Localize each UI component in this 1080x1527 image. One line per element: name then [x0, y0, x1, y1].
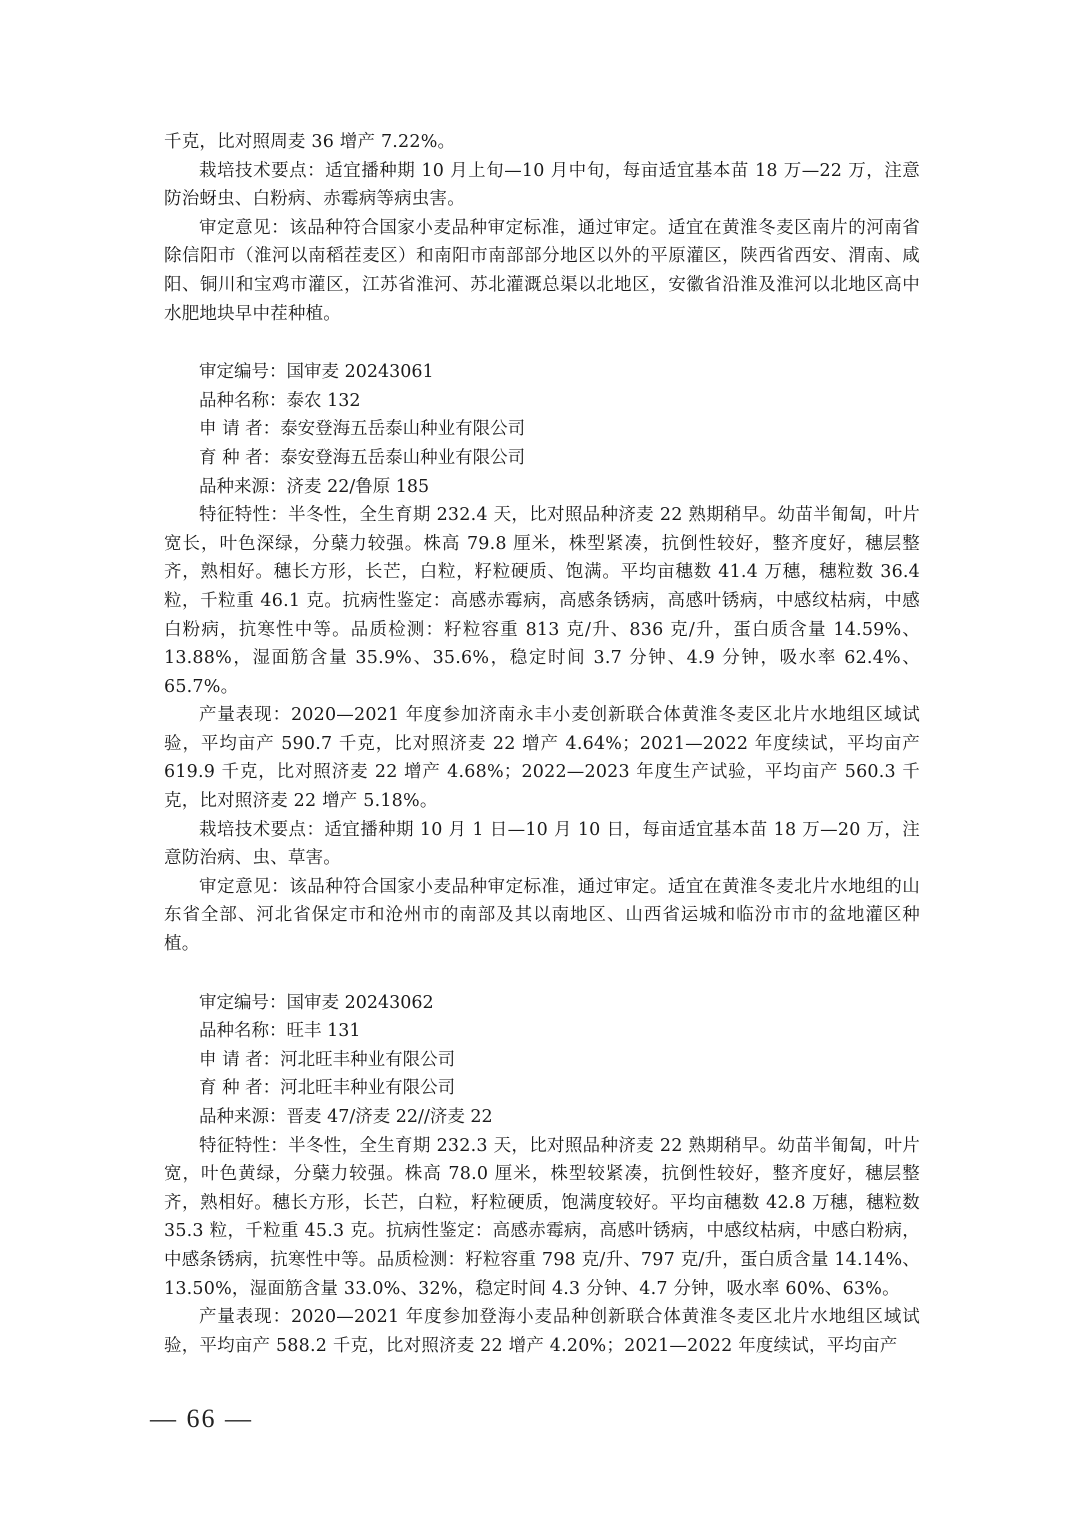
value: 国审麦 20243062	[287, 993, 434, 1013]
separator: ：	[269, 993, 287, 1013]
applicant: 申 请 者：河北旺丰种业有限公司	[164, 1046, 920, 1075]
text: 半冬性，全生育期 232.3 天，比对照品种济麦 22 熟期稍早。幼苗半匍匐，叶…	[164, 1136, 920, 1299]
value: 晋麦 47/济麦 22//济麦 22	[287, 1107, 493, 1127]
label: 特征特性	[199, 505, 270, 525]
separator: ：	[273, 705, 291, 725]
value: 国审麦 20243061	[287, 362, 434, 382]
value: 泰农 132	[287, 391, 361, 411]
variety-name: 品种名称：旺丰 131	[164, 1017, 920, 1046]
document-page: 千克，比对照周麦 36 增产 7.22%。 栽培技术要点：适宜播种期 10 月上…	[164, 128, 920, 1360]
variety-origin: 品种来源：济麦 22/鲁原 185	[164, 473, 920, 502]
continuation-opinion: 审定意见：该品种符合国家小麦品种审定标准，通过审定。适宜在黄淮冬麦区南片的河南省…	[164, 214, 920, 328]
label: 审定意见	[199, 218, 271, 238]
variety-origin: 品种来源：晋麦 47/济麦 22//济麦 22	[164, 1103, 920, 1132]
traits-paragraph: 特征特性：半冬性，全生育期 232.4 天，比对照品种济麦 22 熟期稍早。幼苗…	[164, 501, 920, 701]
opinion-paragraph: 审定意见：该品种符合国家小麦品种审定标准，通过审定。适宜在黄淮冬麦北片水地组的山…	[164, 873, 920, 959]
separator: ：	[306, 820, 324, 840]
traits-paragraph: 特征特性：半冬性，全生育期 232.3 天，比对照品种济麦 22 熟期稍早。幼苗…	[164, 1132, 920, 1304]
value: 济麦 22/鲁原 185	[287, 477, 430, 497]
separator: ：	[269, 391, 287, 411]
breeder: 育 种 者：泰安登海五岳泰山种业有限公司	[164, 444, 920, 473]
cultivation-paragraph: 栽培技术要点：适宜播种期 10 月 1 日—10 月 10 日，每亩适宜基本苗 …	[164, 816, 920, 873]
value: 泰安登海五岳泰山种业有限公司	[280, 448, 525, 468]
variety-entry-tainong-132: 审定编号：国审麦 20243061 品种名称：泰农 132 申 请 者：泰安登海…	[164, 358, 920, 958]
approval-number: 审定编号：国审麦 20243062	[164, 989, 920, 1018]
separator: ：	[263, 419, 281, 439]
variety-entry-wangfeng-131: 审定编号：国审麦 20243062 品种名称：旺丰 131 申 请 者：河北旺丰…	[164, 989, 920, 1361]
separator: ：	[263, 1050, 281, 1070]
label: 品种来源	[199, 1107, 269, 1127]
separator: ：	[271, 877, 289, 897]
label: 品种名称	[199, 391, 269, 411]
label: 申 请 者	[199, 419, 263, 439]
label: 育 种 者	[199, 1078, 263, 1098]
applicant: 申 请 者：泰安登海五岳泰山种业有限公司	[164, 415, 920, 444]
separator: ：	[270, 505, 288, 525]
label: 产量表现	[199, 1307, 273, 1327]
label: 申 请 者	[199, 1050, 263, 1070]
value: 旺丰 131	[287, 1021, 361, 1041]
separator: ：	[263, 1078, 281, 1098]
value: 泰安登海五岳泰山种业有限公司	[280, 419, 525, 439]
value: 河北旺丰种业有限公司	[280, 1078, 455, 1098]
yield-paragraph: 产量表现：2020—2021 年度参加登海小麦品种创新联合体黄淮冬麦区北片水地组…	[164, 1303, 920, 1360]
section-gap	[164, 959, 920, 989]
value: 河北旺丰种业有限公司	[280, 1050, 455, 1070]
separator: ：	[269, 1107, 287, 1127]
separator: ：	[269, 1021, 287, 1041]
continuation-tail: 千克，比对照周麦 36 增产 7.22%。	[164, 128, 920, 157]
separator: ：	[269, 477, 287, 497]
separator: ：	[263, 448, 281, 468]
label: 品种来源	[199, 477, 269, 497]
text: 半冬性，全生育期 232.4 天，比对照品种济麦 22 熟期稍早。幼苗半匍匐，叶…	[164, 505, 920, 697]
separator: ：	[271, 218, 289, 238]
breeder: 育 种 者：河北旺丰种业有限公司	[164, 1074, 920, 1103]
label: 审定意见	[199, 877, 271, 897]
page-number: — 66 —	[150, 1404, 253, 1434]
label: 品种名称	[199, 1021, 269, 1041]
continuation-cultivation: 栽培技术要点：适宜播种期 10 月上旬—10 月中旬，每亩适宜基本苗 18 万—…	[164, 157, 920, 214]
separator: ：	[307, 161, 325, 181]
label: 审定编号	[199, 362, 269, 382]
label: 育 种 者	[199, 448, 263, 468]
label: 审定编号	[199, 993, 269, 1013]
label: 栽培技术要点	[199, 161, 307, 181]
approval-number: 审定编号：国审麦 20243061	[164, 358, 920, 387]
separator: ：	[270, 1136, 288, 1156]
separator: ：	[269, 362, 287, 382]
separator: ：	[273, 1307, 291, 1327]
yield-paragraph: 产量表现：2020—2021 年度参加济南永丰小麦创新联合体黄淮冬麦区北片水地组…	[164, 701, 920, 815]
variety-name: 品种名称：泰农 132	[164, 387, 920, 416]
label: 栽培技术要点	[199, 820, 306, 840]
label: 产量表现	[199, 705, 273, 725]
section-gap	[164, 328, 920, 358]
label: 特征特性	[199, 1136, 270, 1156]
